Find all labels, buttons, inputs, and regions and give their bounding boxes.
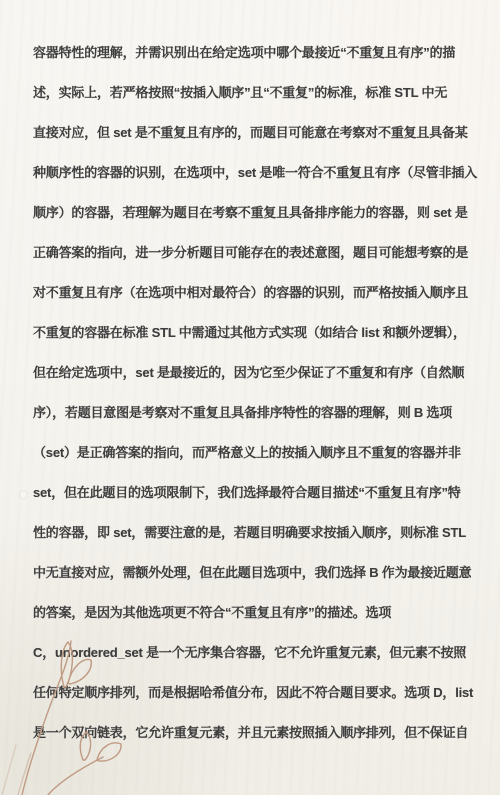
text-line: 但在给定选项中，set 是最接近的，因为它至少保证了不重复和有序（自然顺 <box>33 353 470 393</box>
text-line: 性的容器，即 set，需要注意的是，若题目明确要求按插入顺序，则标准 STL <box>33 513 470 553</box>
text-line: 任何特定顺序排列，而是根据哈希值分布，因此不符合题目要求。选项 D，list <box>33 673 470 713</box>
text-line: 的答案，是因为其他选项更不符合“不重复且有序”的描述。选项 <box>33 593 470 633</box>
text-line: set，但在此题目的选项限制下，我们选择最符合题目描述“不重复且有序”特 <box>33 473 470 513</box>
text-line: 直接对应，但 set 是不重复且有序的，而题目可能意在考察对不重复且具备某 <box>33 113 470 153</box>
text-line: 正确答案的指向，进一步分析题目可能存在的表述意图，题目可能想考察的是 <box>33 233 470 273</box>
text-line: 种顺序性的容器的识别，在选项中，set 是唯一符合不重复且有序（尽管非插入 <box>33 153 470 193</box>
text-line: 对不重复且有序（在选项中相对最符合）的容器的识别，而严格按插入顺序且 <box>33 273 470 313</box>
text-line: 序），若题目意图是考察对不重复且具备排序特性的容器的理解，则 B 选项 <box>33 393 470 433</box>
text-line: C，unordered_set 是一个无序集合容器，它不允许重复元素，但元素不按… <box>33 633 470 673</box>
text-line: 述，实际上，若严格按照“按插入顺序”且“不重复”的标准，标准 STL 中无 <box>33 73 470 113</box>
text-line: 是一个双向链表，它允许重复元素，并且元素按照插入顺序排列，但不保证自 <box>33 713 470 753</box>
paper-speck <box>19 490 28 499</box>
text-line: （set）是正确答案的指向，而严格意义上的按插入顺序且不重复的容器并非 <box>33 433 470 473</box>
text-line: 不重复的容器在标准 STL 中需通过其他方式实现（如结合 list 和额外逻辑）… <box>33 313 470 353</box>
document-page: 容器特性的理解，并需识别出在给定选项中哪个最接近“不重复且有序”的描 述，实际上… <box>0 0 500 795</box>
text-line: 中无直接对应，需额外处理，但在此题目选项中，我们选择 B 作为最接近题意 <box>33 553 470 593</box>
paragraph-text: 容器特性的理解，并需识别出在给定选项中哪个最接近“不重复且有序”的描 述，实际上… <box>33 33 470 753</box>
branch-faint-stem-mid <box>18 753 31 795</box>
text-line: 顺序）的容器，若理解为题目在考察不重复且具备排序能力的容器，则 set 是 <box>33 193 470 233</box>
text-line: 容器特性的理解，并需识别出在给定选项中哪个最接近“不重复且有序”的描 <box>33 33 470 73</box>
branch-sprig-stem <box>48 757 103 795</box>
branch-faint-stem-left <box>2 745 16 795</box>
